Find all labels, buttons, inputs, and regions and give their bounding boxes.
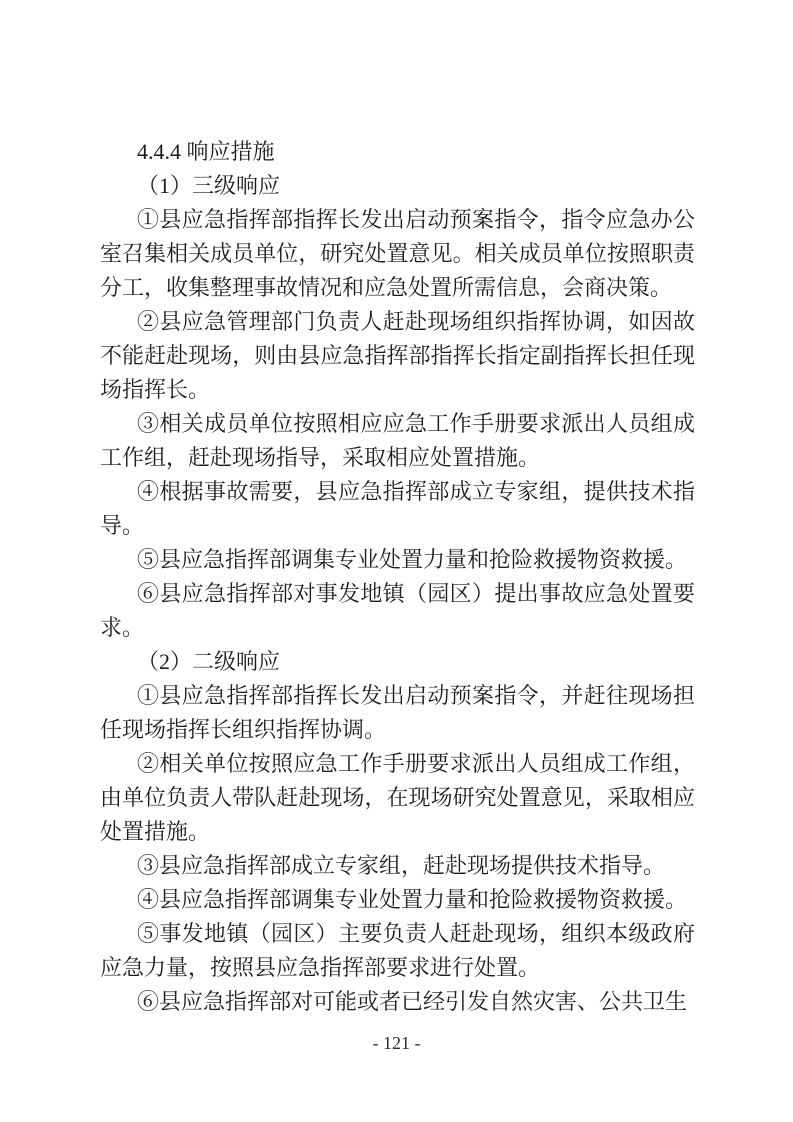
document-page: 4.4.4 响应措施 （1）三级响应 ①县应急指挥部指挥长发出启动预案指令，指令…	[0, 0, 793, 1122]
paragraph: ③相关成员单位按照相应应急工作手册要求派出人员组成工作组，赶赴现场指导，采取相应…	[100, 407, 695, 475]
paragraph: ⑥县应急指挥部对事发地镇（园区）提出事故应急处置要求。	[100, 577, 695, 645]
paragraph: ⑤县应急指挥部调集专业处置力量和抢险救援物资救援。	[100, 543, 695, 577]
paragraph: ⑤事发地镇（园区）主要负责人赶赴现场，组织本级政府应急力量，按照县应急指挥部要求…	[100, 917, 695, 985]
paragraph: ③县应急指挥部成立专家组，赶赴现场提供技术指导。	[100, 849, 695, 883]
paragraph: ②县应急管理部门负责人赶赴现场组织指挥协调，如因故不能赶赴现场，则由县应急指挥部…	[100, 305, 695, 407]
paragraph: ④县应急指挥部调集专业处置力量和抢险救援物资救援。	[100, 883, 695, 917]
subsection-heading-1: （1）三级响应	[100, 169, 695, 203]
paragraph: ②相关单位按照应急工作手册要求派出人员组成工作组，由单位负责人带队赶赴现场，在现…	[100, 747, 695, 849]
paragraph: ①县应急指挥部指挥长发出启动预案指令，指令应急办公室召集相关成员单位，研究处置意…	[100, 203, 695, 305]
paragraph: ④根据事故需要，县应急指挥部成立专家组，提供技术指导。	[100, 475, 695, 543]
subsection-heading-2: （2）二级响应	[100, 645, 695, 679]
paragraph: ⑥县应急指挥部对可能或者已经引发自然灾害、公共卫生	[100, 985, 695, 1019]
page-number: - 121 -	[0, 1033, 793, 1053]
section-heading: 4.4.4 响应措施	[100, 135, 695, 169]
document-body: 4.4.4 响应措施 （1）三级响应 ①县应急指挥部指挥长发出启动预案指令，指令…	[100, 135, 695, 1019]
paragraph: ①县应急指挥部指挥长发出启动预案指令，并赶往现场担任现场指挥长组织指挥协调。	[100, 679, 695, 747]
